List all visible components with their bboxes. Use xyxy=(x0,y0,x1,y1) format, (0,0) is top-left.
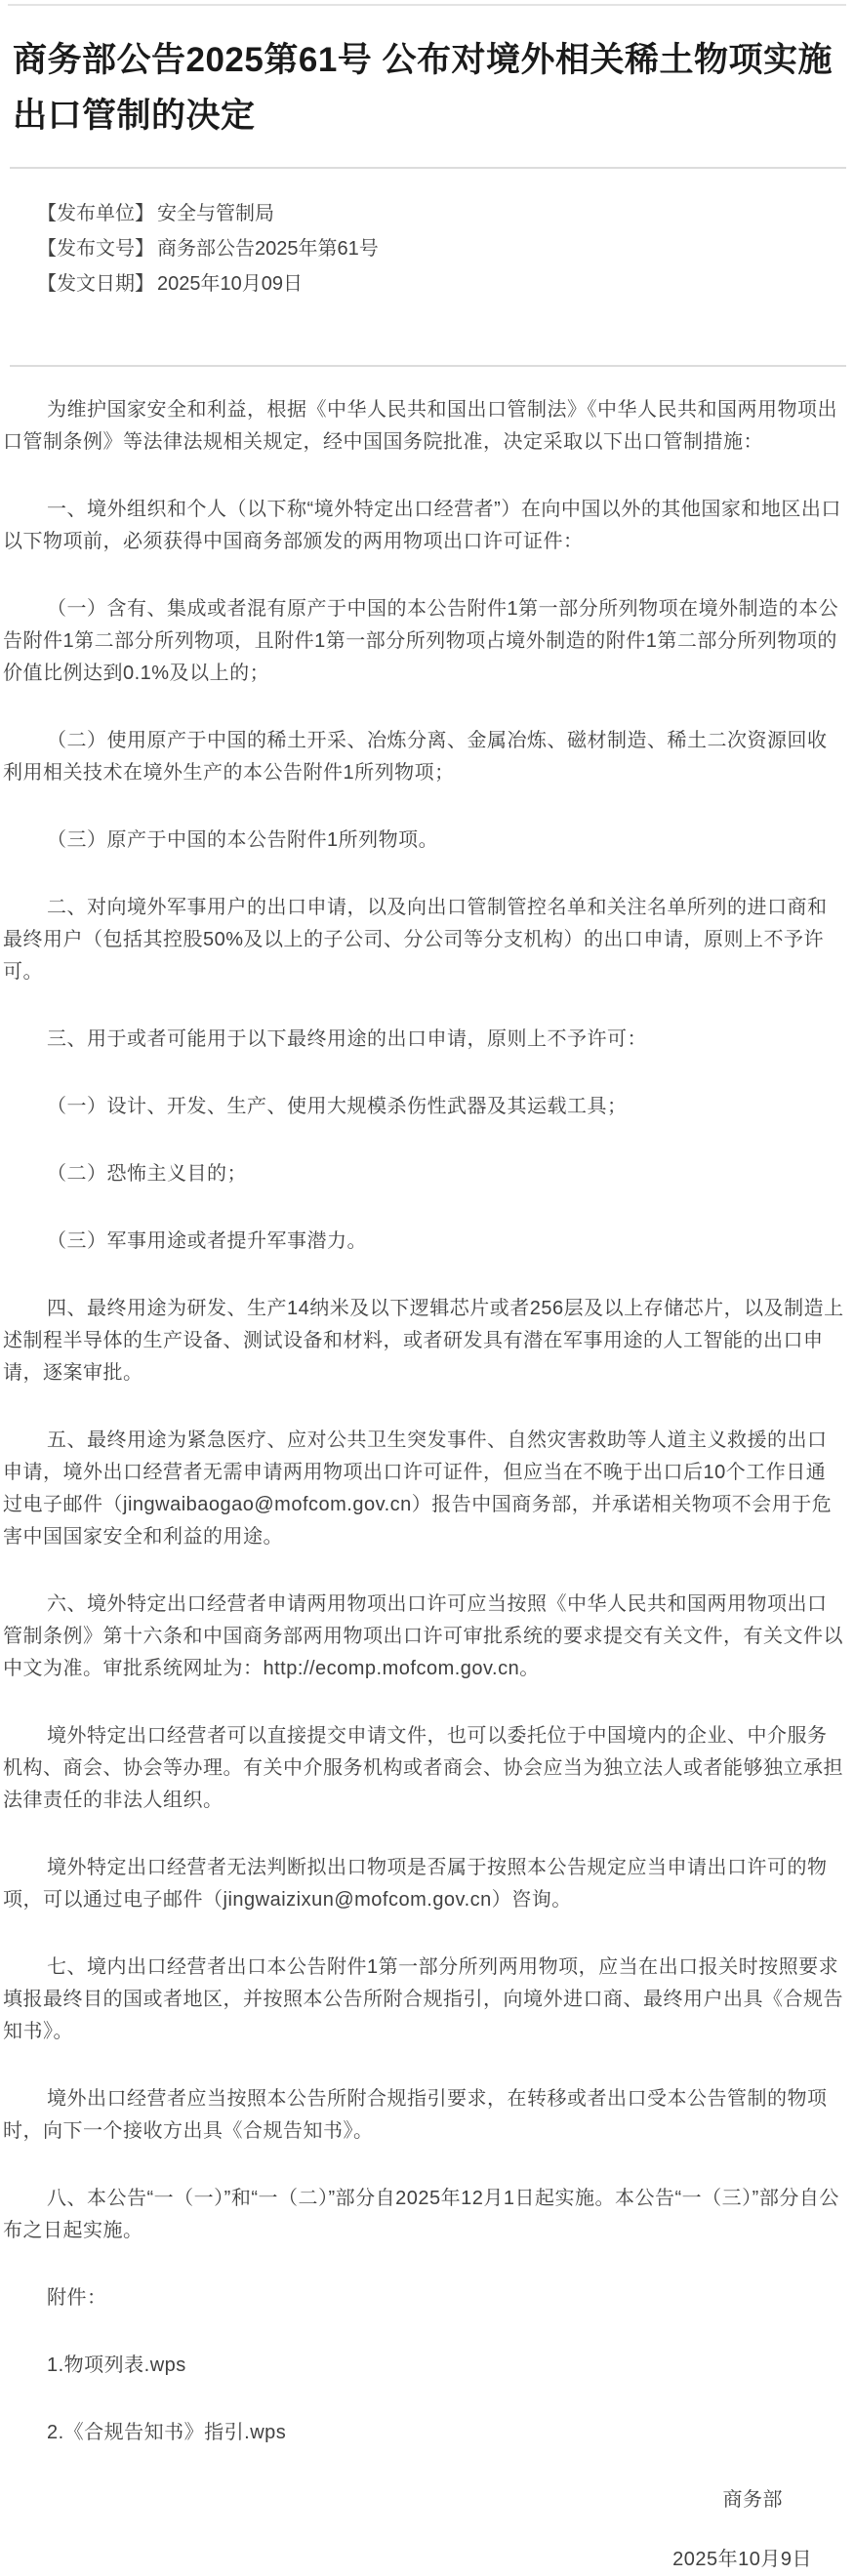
meta-row-document-number: 【发布文号】商务部公告2025年第61号 xyxy=(37,231,854,266)
meta-value: 安全与管制局 xyxy=(157,203,274,224)
meta-label: 【发布单位】 xyxy=(37,203,154,224)
paragraph-item-1-2: （二）使用原产于中国的稀土开采、冶炼分离、金属冶炼、磁材制造、稀土二次资源回收利… xyxy=(3,725,844,789)
paragraph-item-1-1: （一）含有、集成或者混有原产于中国的本公告附件1第一部分所列物项在境外制造的本公… xyxy=(3,593,844,690)
paragraph-item-5: 五、最终用途为紧急医疗、应对公共卫生突发事件、自然灾害救助等人道主义救援的出口申… xyxy=(3,1425,844,1553)
signature-block: 商务部 2025年10月9日 xyxy=(3,2484,844,2576)
paragraph-item-8: 八、本公告“一（一）”和“一（二）”部分自2025年12月1日起实施。本公告“一… xyxy=(3,2183,844,2247)
paragraph-item-6-note-1: 境外特定出口经营者可以直接提交申请文件，也可以委托位于中国境内的企业、中介服务机… xyxy=(3,1720,844,1817)
meta-label: 【发文日期】 xyxy=(37,273,154,295)
paragraph-item-6: 六、境外特定出口经营者申请两用物项出口许可应当按照《中华人民共和国两用物项出口管… xyxy=(3,1589,844,1685)
meta-value: 2025年10月09日 xyxy=(157,273,303,295)
paragraph-item-3: 三、用于或者可能用于以下最终用途的出口申请，原则上不予许可： xyxy=(3,1024,844,1056)
paragraph-item-7: 七、境内出口经营者出口本公告附件1第一部分所列两用物项，应当在出口报关时按照要求… xyxy=(3,1952,844,2048)
meta-value: 商务部公告2025年第61号 xyxy=(157,238,379,260)
announcement-body: 为维护国家安全和利益，根据《中华人民共和国出口管制法》《中华人民共和国两用物项出… xyxy=(0,394,854,2576)
signature-issuer: 商务部 xyxy=(3,2484,844,2516)
meta-label: 【发布文号】 xyxy=(37,238,154,260)
meta-row-issue-date: 【发文日期】2025年10月09日 xyxy=(37,266,854,302)
attachment-item-1: 1.物项列表.wps xyxy=(3,2350,844,2382)
top-divider xyxy=(8,4,846,6)
announcement-page: 商务部公告2025第61号 公布对境外相关稀土物项实施出口管制的决定 【发布单位… xyxy=(0,0,854,2576)
paragraph-item-3-1: （一）设计、开发、生产、使用大规模杀伤性武器及其运载工具； xyxy=(3,1091,844,1123)
page-title: 商务部公告2025第61号 公布对境外相关稀土物项实施出口管制的决定 xyxy=(13,32,842,143)
paragraph-item-4: 四、最终用途为研发、生产14纳米及以下逻辑芯片或者256层及以上存储芯片，以及制… xyxy=(3,1293,844,1389)
paragraph-item-2: 二、对向境外军事用户的出口申请，以及向出口管制管控名单和关注名单所列的进口商和最… xyxy=(3,892,844,988)
meta-row-issuing-unit: 【发布单位】安全与管制局 xyxy=(37,196,854,231)
paragraph-item-7-note: 境外出口经营者应当按照本公告所附合规指引要求，在转移或者出口受本公告管制的物项时… xyxy=(3,2083,844,2148)
signature-date: 2025年10月9日 xyxy=(3,2544,844,2576)
attachments-heading: 附件： xyxy=(3,2282,844,2314)
meta-divider xyxy=(10,365,846,367)
paragraph-item-6-note-2: 境外特定出口经营者无法判断拟出口物项是否属于按照本公告规定应当申请出口许可的物项… xyxy=(3,1852,844,1916)
paragraph-item-1-3: （三）原产于中国的本公告附件1所列物项。 xyxy=(3,825,844,857)
paragraph-item-1: 一、境外组织和个人（以下称“境外特定出口经营者”）在向中国以外的其他国家和地区出… xyxy=(3,494,844,558)
paragraph-item-3-2: （二）恐怖主义目的； xyxy=(3,1158,844,1190)
title-divider xyxy=(10,167,846,169)
document-meta: 【发布单位】安全与管制局 【发布文号】商务部公告2025年第61号 【发文日期】… xyxy=(0,196,854,302)
paragraph-preamble: 为维护国家安全和利益，根据《中华人民共和国出口管制法》《中华人民共和国两用物项出… xyxy=(3,394,844,459)
paragraph-item-3-3: （三）军事用途或者提升军事潜力。 xyxy=(3,1226,844,1258)
attachment-item-2: 2.《合规告知书》指引.wps xyxy=(3,2417,844,2449)
